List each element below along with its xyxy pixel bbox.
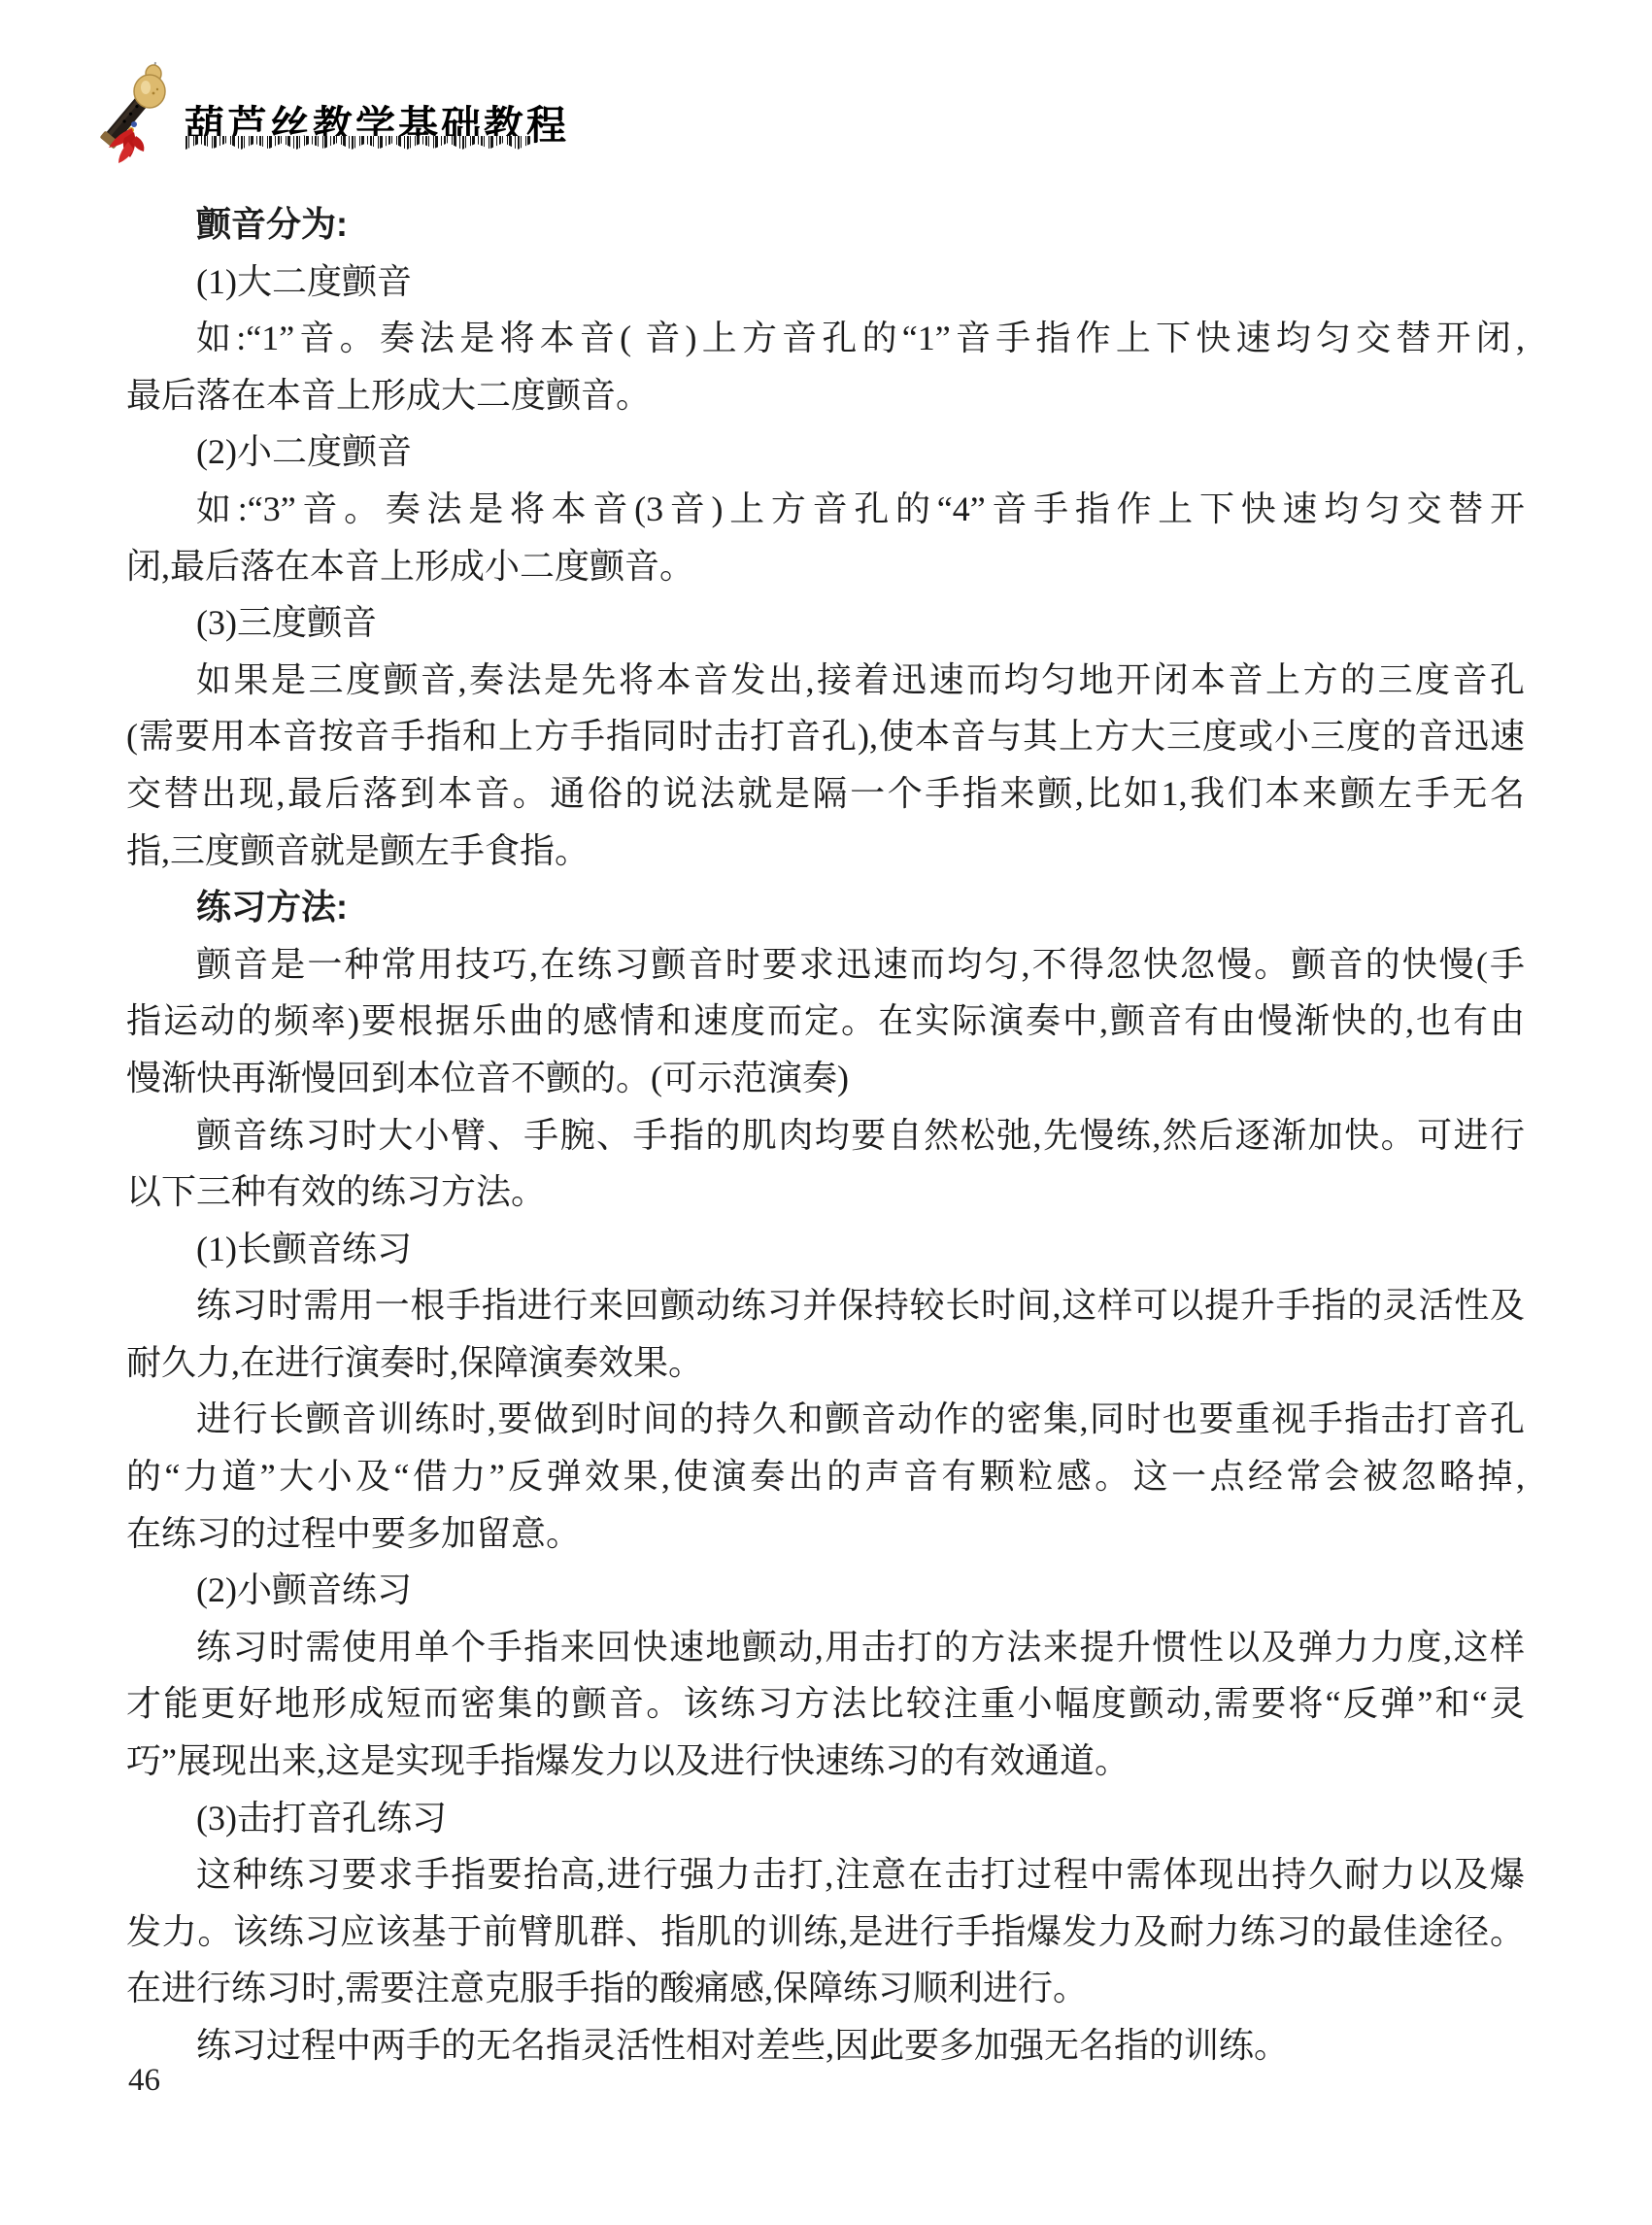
text-line: 如果是三度颤音,奏法是先将本音发出,接着迅速而均匀地开闭本音上方的三度音孔: [126, 652, 1525, 709]
text-line: 颤音是一种常用技巧,在练习颤音时要求迅速而均匀,不得忽快忽慢。颤音的快慢(手: [126, 936, 1525, 994]
text-line: 的“力道”大小及“借力”反弹效果,使演奏出的声音有颗粒感。这一点经常会被忽略掉,: [126, 1448, 1525, 1505]
text-line: 指,三度颤音就是颤左手食指。: [126, 823, 1525, 880]
text-line: (3)三度颤音: [126, 594, 1525, 652]
text-line: 才能更好地形成短而密集的颤音。该练习方法比较注重小幅度颤动,需要将“反弹”和“灵: [126, 1675, 1525, 1733]
text-line: 练习时需用一根手指进行来回颤动练习并保持较长时间,这样可以提升手指的灵活性及: [126, 1277, 1525, 1334]
text-line: (1)大二度颤音: [126, 253, 1525, 311]
text-line: (1)长颤音练习: [126, 1221, 1525, 1278]
text-line: 指运动的频率)要根据乐曲的感情和速度而定。在实际演奏中,颤音有由慢渐快的,也有由: [126, 993, 1525, 1050]
text-line: 最后落在本音上形成大二度颤音。: [126, 367, 1525, 424]
text-line: 在进行练习时,需要注意克服手指的酸痛感,保障练习顺利进行。: [126, 1960, 1525, 2017]
text-line: 慢渐快再渐慢回到本位音不颤的。(可示范演奏): [126, 1050, 1525, 1107]
text-line: 在练习的过程中要多加留意。: [126, 1505, 1525, 1563]
text-line: (2)小二度颤音: [126, 423, 1525, 481]
text-line: 练习时需使用单个手指来回快速地颤动,用击打的方法来提升惯性以及弹力力度,这样: [126, 1619, 1525, 1676]
text-line: (2)小颤音练习: [126, 1562, 1525, 1619]
document-body: 颤音分为:(1)大二度颤音如:“1”音。奏法是将本音( 音)上方音孔的“1”音手…: [126, 196, 1525, 2074]
document-page: 葫芦丝教学基础教程 颤音分为:(1)大二度颤音如:“1”音。奏法是将本音( 音)…: [0, 0, 1652, 2225]
text-line: 颤音练习时大小臂、手腕、手指的肌肉均要自然松弛,先慢练,然后逐渐加快。可进行: [126, 1107, 1525, 1164]
text-line: 这种练习要求手指要抬高,进行强力击打,注意在击打过程中需体现出持久耐力以及爆: [126, 1846, 1525, 1904]
text-line: 以下三种有效的练习方法。: [126, 1163, 1525, 1221]
text-line: 耐久力,在进行演奏时,保障演奏效果。: [126, 1334, 1525, 1392]
text-line: (需要用本音按音手指和上方手指同时击打音孔),使本音与其上方大三度或小三度的音迅…: [126, 708, 1525, 765]
text-line: 如:“1”音。奏法是将本音( 音)上方音孔的“1”音手指作上下快速均匀交替开闭,: [126, 310, 1525, 367]
text-line: 巧”展现出来,这是实现手指爆发力以及进行快速练习的有效通道。: [126, 1733, 1525, 1790]
hulusi-instrument-icon: [89, 60, 190, 173]
section-heading: 练习方法:: [126, 879, 1525, 936]
text-line: 练习过程中两手的无名指灵活性相对差些,因此要多加强无名指的训练。: [126, 2017, 1525, 2074]
text-line: 如:“3”音。奏法是将本音(3音)上方音孔的“4”音手指作上下快速均匀交替开: [126, 481, 1525, 538]
text-line: (3)击打音孔练习: [126, 1790, 1525, 1847]
page-number: 46: [128, 2063, 160, 2099]
text-line: 闭,最后落在本音上形成小二度颤音。: [126, 538, 1525, 595]
section-heading: 颤音分为:: [126, 196, 1525, 253]
text-line: 发力。该练习应该基于前臂肌群、指肌的训练,是进行手指爆发力及耐力练习的最佳途径。: [126, 1904, 1525, 1961]
text-line: 进行长颤音训练时,要做到时间的持久和颤音动作的密集,同时也要重视手指击打音孔: [126, 1391, 1525, 1448]
text-line: 交替出现,最后落到本音。通俗的说法就是隔一个手指来颤,比如1,我们本来颤左手无名: [126, 765, 1525, 823]
